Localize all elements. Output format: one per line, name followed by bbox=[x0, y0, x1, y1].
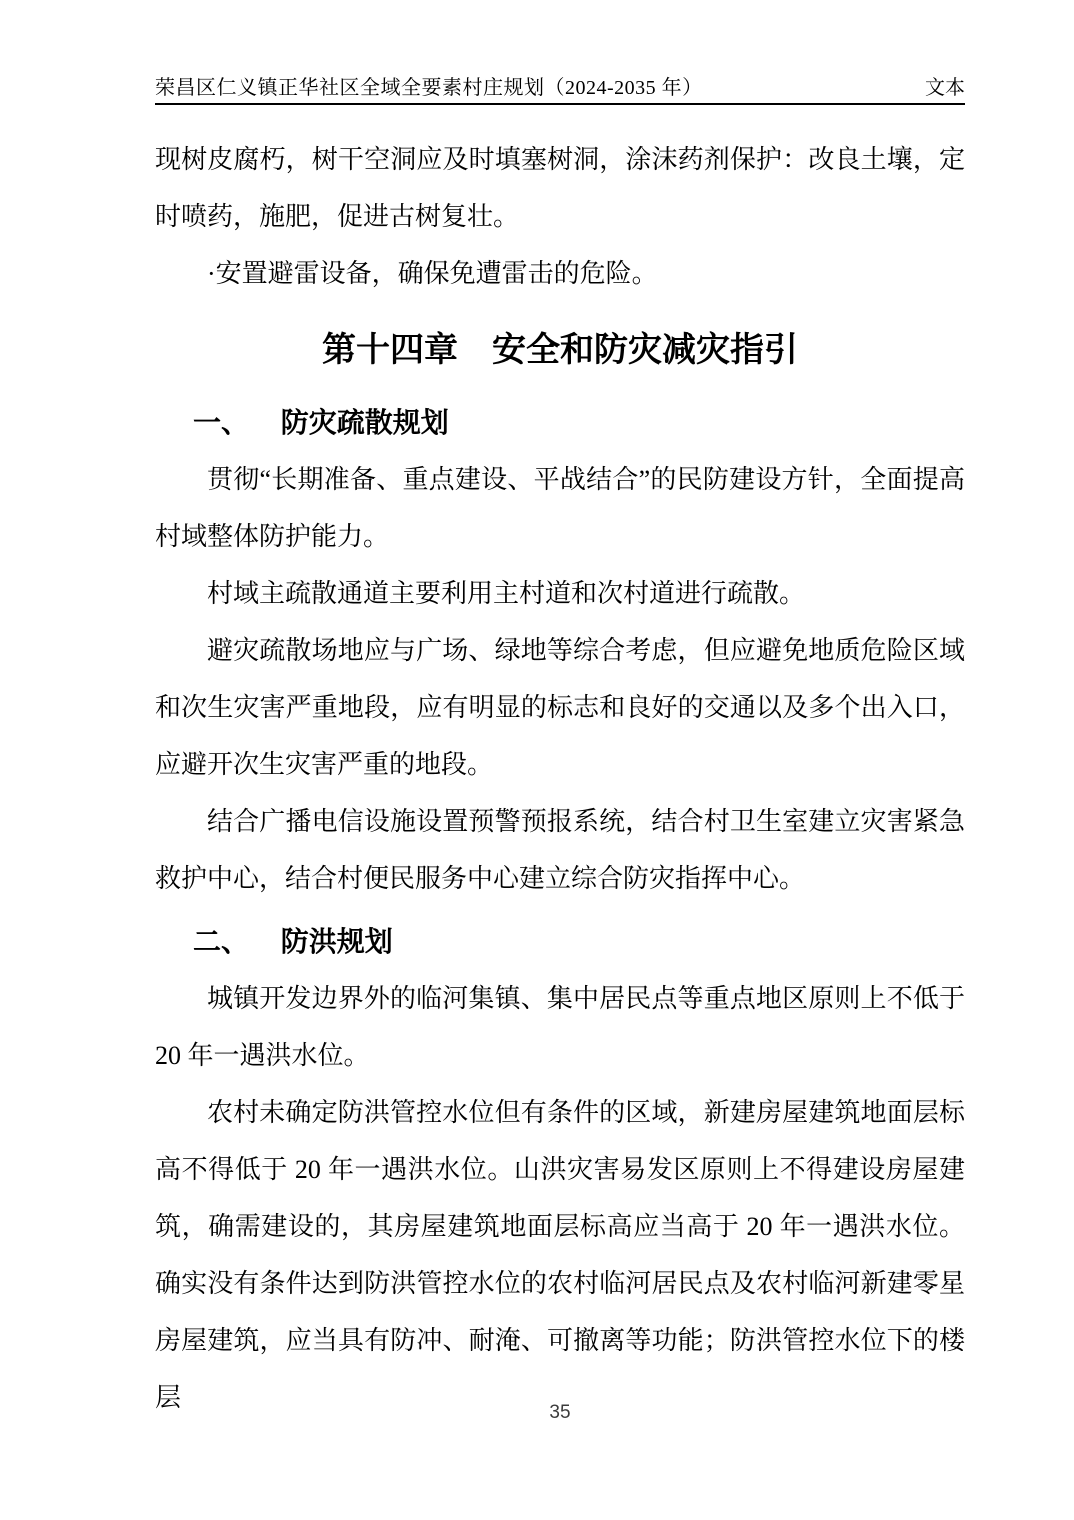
paragraph: 农村未确定防洪管控水位但有条件的区域，新建房屋建筑地面层标高不得低于 20 年一… bbox=[155, 1084, 965, 1426]
paragraph: 结合广播电信设施设置预警预报系统，结合村卫生室建立灾害紧急救护中心，结合村便民服… bbox=[155, 793, 965, 907]
paragraph: 城镇开发边界外的临河集镇、集中居民点等重点地区原则上不低于 20 年一遇洪水位。 bbox=[155, 970, 965, 1084]
page-footer: 35 bbox=[155, 1402, 965, 1424]
header-doc-type-label: 文本 bbox=[925, 76, 965, 100]
body-text: 现树皮腐朽，树干空洞应及时填塞树洞，涂沫药剂保护：改良土壤，定时喷药，施肥，促进… bbox=[155, 131, 965, 1426]
section-2-number: 二、 bbox=[193, 926, 249, 957]
page-header: 荣昌区仁义镇正华社区全域全要素村庄规划（2024-2035 年） 文本 bbox=[155, 76, 965, 105]
document-page: 荣昌区仁义镇正华社区全域全要素村庄规划（2024-2035 年） 文本 现树皮腐… bbox=[0, 0, 1074, 1520]
paragraph-tree-care: 现树皮腐朽，树干空洞应及时填塞树洞，涂沫药剂保护：改良土壤，定时喷药，施肥，促进… bbox=[155, 131, 965, 245]
page-content: 荣昌区仁义镇正华社区全域全要素村庄规划（2024-2035 年） 文本 现树皮腐… bbox=[155, 76, 965, 1426]
page-number: 35 bbox=[549, 1402, 570, 1423]
paragraph: 避灾疏散场地应与广场、绿地等综合考虑，但应避免地质危险区域和次生灾害严重地段，应… bbox=[155, 622, 965, 793]
section-1-number: 一、 bbox=[193, 407, 249, 438]
section-2-title: 防洪规划 bbox=[281, 926, 393, 957]
section-1-title: 防灾疏散规划 bbox=[281, 407, 449, 438]
section-heading-2: 二、 防洪规划 bbox=[155, 913, 965, 970]
header-title: 荣昌区仁义镇正华社区全域全要素村庄规划（2024-2035 年） bbox=[155, 76, 703, 100]
chapter-heading: 第十四章 安全和防灾减灾指引 bbox=[155, 320, 965, 380]
paragraph-lightning: ·安置避雷设备，确保免遭雷击的危险。 bbox=[155, 245, 965, 302]
paragraph: 贯彻“长期准备、重点建设、平战结合”的民防建设方针，全面提高村域整体防护能力。 bbox=[155, 451, 965, 565]
paragraph: 村域主疏散通道主要利用主村道和次村道进行疏散。 bbox=[155, 565, 965, 622]
section-heading-1: 一、 防灾疏散规划 bbox=[155, 394, 965, 451]
